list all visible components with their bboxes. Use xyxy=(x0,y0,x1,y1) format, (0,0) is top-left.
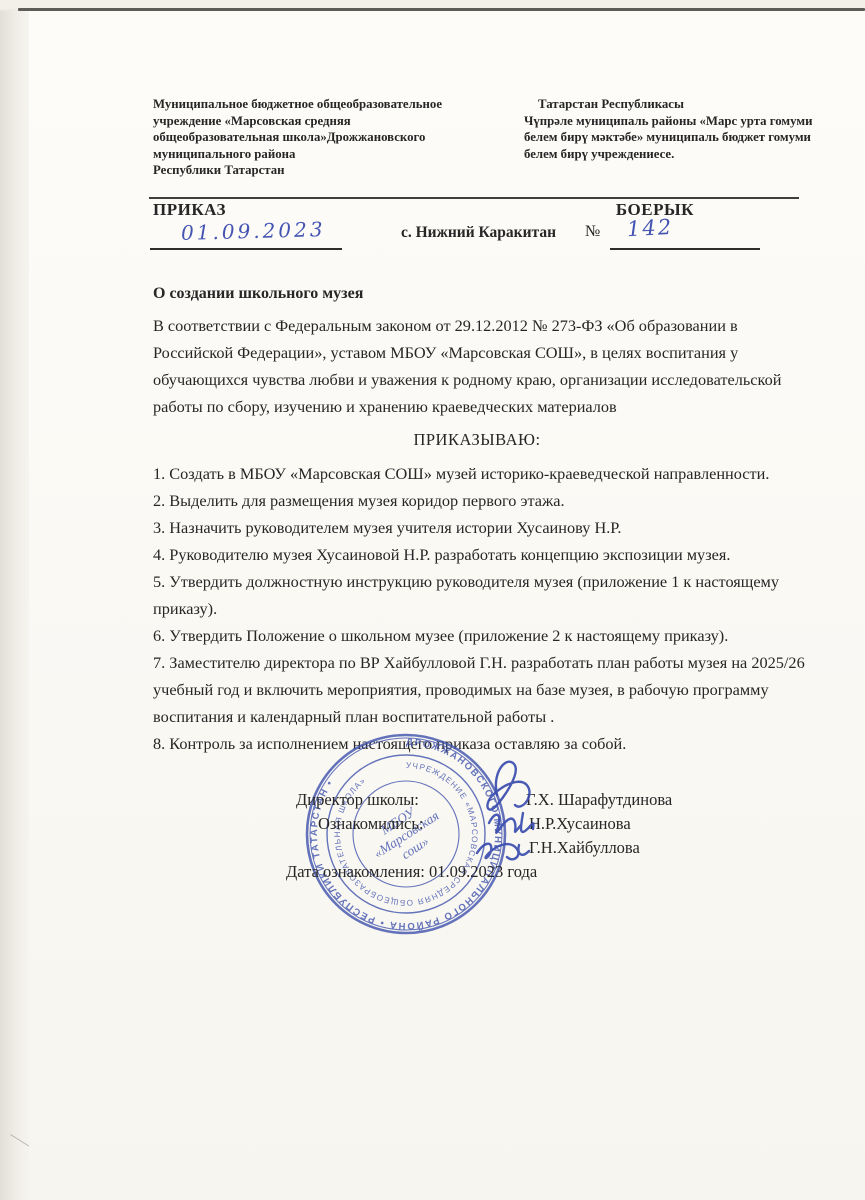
order-item: 7. Заместителю директора по ВР Хайбуллов… xyxy=(153,649,805,730)
order-item: 3. Назначить руководителем музея учителя… xyxy=(153,514,805,541)
order-preamble: В соответствии с Федеральным законом от … xyxy=(153,312,801,420)
order-title-ru: ПРИКАЗ xyxy=(153,200,226,220)
letterhead-line: белем бирү мәктәбе» муниципаль бюджет го… xyxy=(524,129,854,146)
letterhead-line: учреждение «Марсовская средняя xyxy=(153,113,473,130)
order-subject: О создании школьного музея xyxy=(153,285,363,303)
director-label: Директор школы: xyxy=(296,790,419,810)
letterhead-line: общеобразовательная школа»Дрожжановского xyxy=(153,129,473,146)
document-page: Муниципальное бюджетное общеобразователь… xyxy=(29,11,865,1200)
order-item: 4. Руководителю музея Хусаиновой Н.Р. ра… xyxy=(153,541,805,568)
letterhead-line: Татарстан Республикасы xyxy=(524,96,854,113)
handwritten-order-number: 142 xyxy=(626,215,673,241)
handwritten-date: 01.09.2023 xyxy=(181,217,326,245)
order-item: 1. Создать в МБОУ «Марсовская СОШ» музей… xyxy=(153,460,805,487)
letterhead-russian: Муниципальное бюджетное общеобразователь… xyxy=(153,96,473,179)
acquainted-label: Ознакомились: xyxy=(318,814,423,834)
scan-page-left-edge xyxy=(0,11,29,1200)
letterhead-line: Муниципальное бюджетное общеобразователь… xyxy=(153,96,473,113)
resolution-heading: ПРИКАЗЫВАЮ: xyxy=(153,430,801,450)
handwritten-signatures xyxy=(437,753,587,873)
director-signature-icon xyxy=(487,762,529,810)
acquainted-signature-2-icon xyxy=(477,844,529,860)
order-item: 2. Выделить для размещения музея коридор… xyxy=(153,487,805,514)
date-underline xyxy=(150,248,342,250)
letterhead-line: муниципального района xyxy=(153,146,473,163)
order-item: 6. Утвердить Положение о школьном музее … xyxy=(153,622,805,649)
order-items-list: 1. Создать в МБОУ «Марсовская СОШ» музей… xyxy=(153,460,805,757)
letterhead-line: Республики Татарстан xyxy=(153,162,473,179)
order-item: 5. Утвердить должностную инструкцию руко… xyxy=(153,568,805,622)
acquainted-signature-1-icon xyxy=(489,813,534,833)
letterhead-line: Чүпрәле муниципаль районы «Марс урта гом… xyxy=(524,113,854,130)
letterhead-tatar: Татарстан Республикасы Чүпрәле муниципал… xyxy=(524,96,854,162)
number-sign: № xyxy=(585,223,600,241)
letterhead-line: белем бирү учреждениесе. xyxy=(524,146,854,163)
header-divider-line xyxy=(149,197,799,199)
place-name: с. Нижний Каракитан xyxy=(401,224,556,242)
number-underline xyxy=(610,248,760,250)
